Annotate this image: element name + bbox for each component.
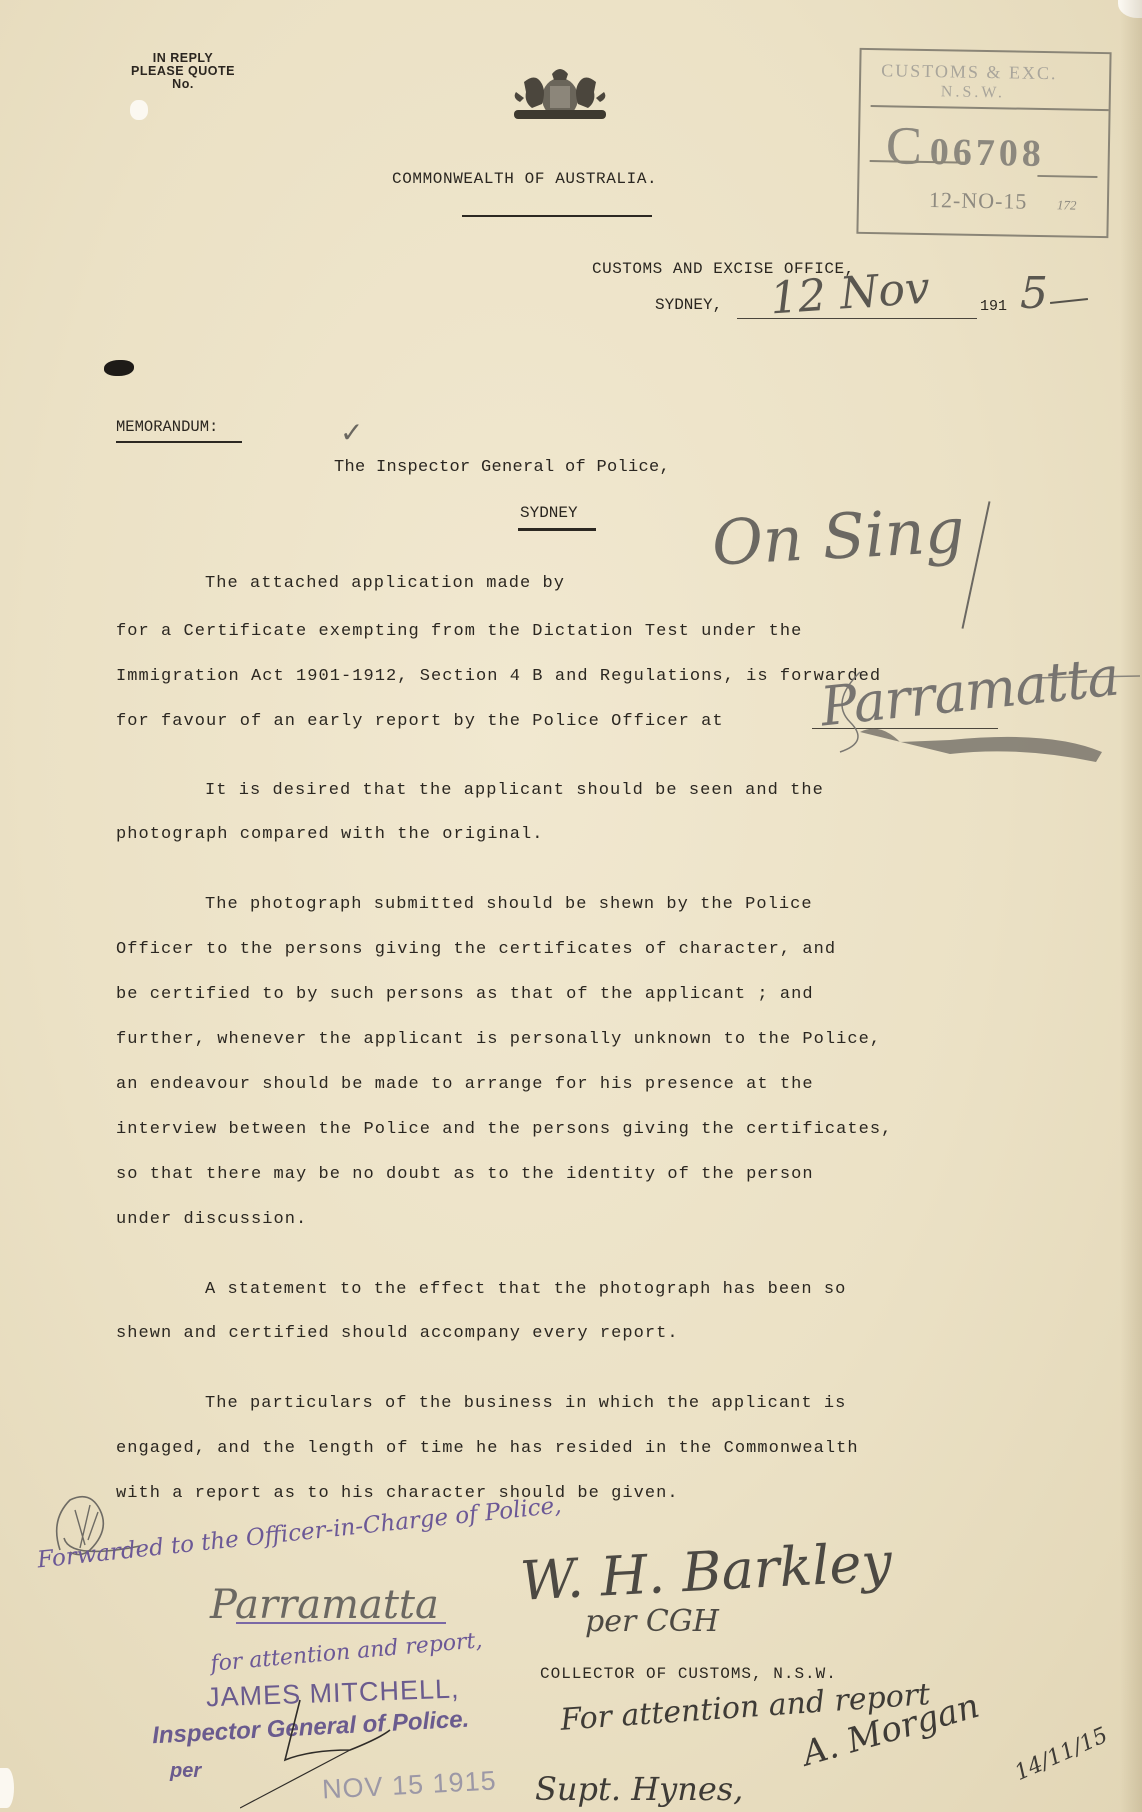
stamp-annotation: 172 bbox=[1057, 197, 1077, 213]
handwritten-year: 5 bbox=[1020, 268, 1048, 319]
forwarding-instruction: for attention and report, bbox=[209, 1628, 483, 1677]
year-prefix: 191 bbox=[980, 298, 1007, 315]
stamp-rule bbox=[1037, 175, 1097, 178]
torn-corner bbox=[1118, 0, 1142, 18]
body-line: with a report as to his character should… bbox=[116, 1484, 679, 1503]
memorandum-page: IN REPLY PLEASE QUOTE No. COMMONWEALTH O… bbox=[0, 0, 1142, 1812]
addressee: The Inspector General of Police, bbox=[334, 458, 670, 477]
reply-notice: IN REPLY PLEASE QUOTE No. bbox=[108, 52, 258, 91]
heading-rule bbox=[462, 215, 652, 217]
stamp-date: 12-NO-15 bbox=[929, 187, 1028, 215]
check-mark-icon: ✓ bbox=[340, 416, 363, 449]
memo-underline bbox=[116, 441, 242, 443]
ink-blot bbox=[104, 360, 134, 376]
body-line: The photograph submitted should be shewn… bbox=[205, 895, 813, 914]
stamp-prefix: C bbox=[885, 115, 922, 176]
minute-addressee: Supt. Hynes, bbox=[535, 1770, 743, 1808]
body-line: so that there may be no doubt as to the … bbox=[116, 1165, 814, 1184]
addressee-underline bbox=[518, 528, 596, 531]
body-line: The particulars of the business in which… bbox=[205, 1394, 846, 1413]
collector-signature: W. H. Barkley bbox=[519, 1530, 894, 1612]
body-line: be certified to by such persons as that … bbox=[116, 985, 814, 1004]
office-city: SYDNEY, bbox=[655, 296, 722, 314]
body-line: interview between the Police and the per… bbox=[116, 1120, 892, 1139]
stamp-rule bbox=[871, 105, 1109, 111]
stamp-line-1: CUSTOMS & EXC. bbox=[881, 60, 1058, 84]
body-line: The attached application made by bbox=[205, 574, 565, 593]
addressee-city: SYDNEY bbox=[520, 504, 578, 522]
body-line: for favour of an early report by the Pol… bbox=[116, 712, 724, 731]
stamp-line-2: N.S.W. bbox=[941, 83, 1005, 102]
minute-date: 14/11/15 bbox=[1011, 1723, 1111, 1786]
body-line: photograph compared with the original. bbox=[116, 825, 544, 844]
body-line: A statement to the effect that the photo… bbox=[205, 1280, 846, 1299]
collector-title: COLLECTOR OF CUSTOMS, N.S.W. bbox=[540, 1665, 837, 1683]
body-line: for a Certificate exempting from the Dic… bbox=[116, 622, 802, 641]
year-dash bbox=[1050, 298, 1088, 304]
stamp-number: C06708 bbox=[885, 114, 1045, 179]
reply-line-3: No. bbox=[108, 78, 258, 91]
letterhead-heading: COMMONWEALTH OF AUSTRALIA. bbox=[392, 170, 657, 188]
body-line: Immigration Act 1901-1912, Section 4 B a… bbox=[116, 667, 881, 686]
body-line: under discussion. bbox=[116, 1210, 307, 1229]
body-line: engaged, and the length of time he has r… bbox=[116, 1439, 859, 1458]
registry-stamp: CUSTOMS & EXC. N.S.W. C06708 12-NO-15 17… bbox=[856, 48, 1111, 238]
punch-hole bbox=[130, 100, 148, 120]
body-line: It is desired that the applicant should … bbox=[205, 781, 824, 800]
handwritten-date: 12 Nov bbox=[768, 262, 931, 324]
handwritten-applicant-name: On Sing bbox=[710, 493, 966, 579]
body-line: Officer to the persons giving the certif… bbox=[116, 940, 836, 959]
memo-label: MEMORANDUM: bbox=[116, 418, 218, 436]
edge-tear bbox=[0, 1768, 14, 1808]
body-line: shewn and certified should accompany eve… bbox=[116, 1324, 679, 1343]
coat-of-arms-icon bbox=[502, 62, 618, 124]
stamp-serial: 06708 bbox=[929, 131, 1045, 175]
body-line: further, whenever the applicant is perso… bbox=[116, 1030, 881, 1049]
forwarding-place-underline bbox=[236, 1622, 446, 1624]
body-line: an endeavour should be made to arrange f… bbox=[116, 1075, 814, 1094]
signature-per: per CGH bbox=[585, 1604, 719, 1639]
per-label: per bbox=[170, 1760, 201, 1783]
